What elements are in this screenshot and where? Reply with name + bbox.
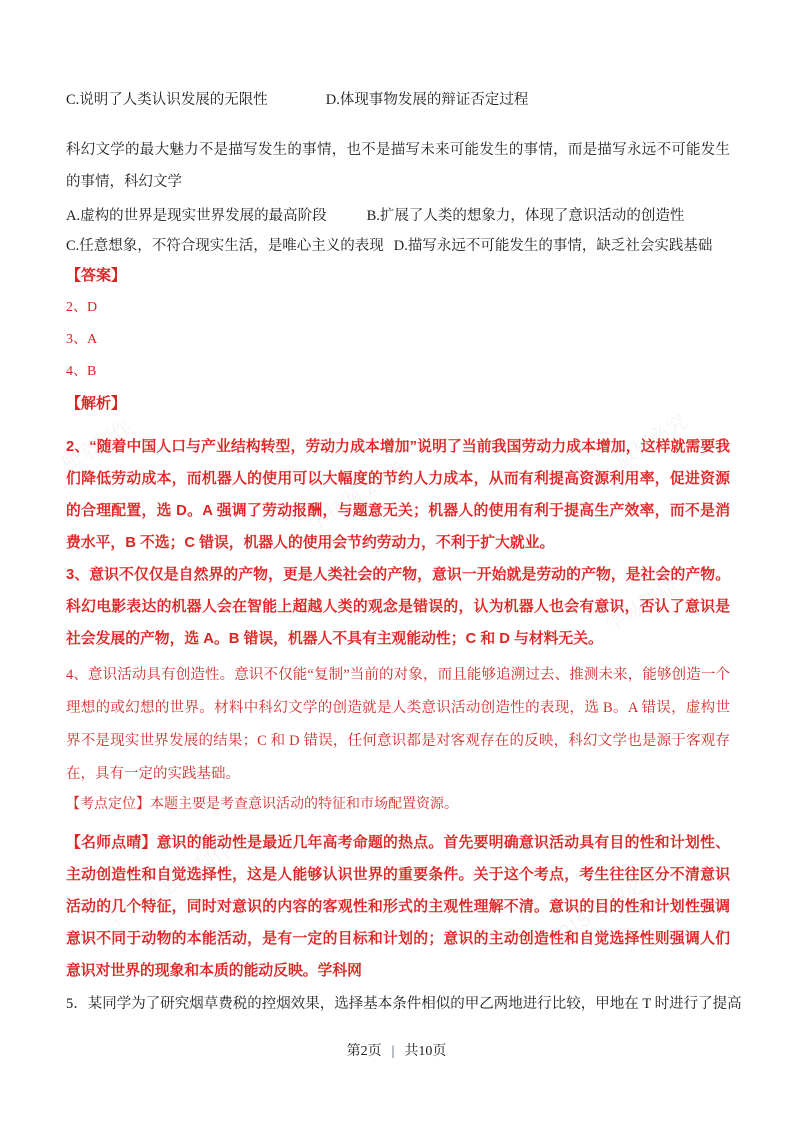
answer-header: 【答案】 [66,268,730,285]
question-stem: 科幻文学的最大魅力不是描写发生的事情，也不是描写未来可能发生的事情，而是描写永远… [66,134,730,198]
footer-total-pages: 共10页 [404,1044,446,1059]
answer-item: 3、A [66,332,730,347]
option-d: D.体现事物发展的辩证否定过程 [326,92,529,108]
exam-point-line: 【考点定位】本题主要是考查意识活动的特征和市场配置资源。 [66,797,730,813]
analysis-paragraph-q4: 4、意识活动具有创造性。意识不仅能“复制”当前的对象，而且能够追溯过去、推测未来… [66,659,730,791]
teacher-note-paragraph: 【名师点晴】意识的能动性是最近几年高考命题的热点。首先要明确意识活动具有目的性和… [66,827,730,987]
analysis-paragraph-q2: 2、“随着中国人口与产业结构转型，劳动力成本增加”说明了当前我国劳动力成本增加，… [66,431,730,559]
option-d: D.描写永远不可能发生的事情，缺乏社会实践基础 [394,238,713,254]
answer-item: 4、B [66,364,730,379]
footer-separator: | [382,1044,405,1059]
option-c: C.任意想象，不符合现实生活，是唯心主义的表现 [66,238,384,254]
page-footer: 第2页|共10页 [0,1040,793,1060]
question-options-ab: A.虚构的世界是现实世界发展的最高阶段B.扩展了人类的想象力，体现了意识活动的创… [66,208,730,224]
analysis-header: 【解析】 [66,396,730,413]
question-options-cd: C.任意想象，不符合现实生活，是唯心主义的表现D.描写永远不可能发生的事情，缺乏… [66,238,730,254]
footer-page-number: 第2页 [347,1044,382,1059]
document-page: 独家制作 学科网 2015 版权必究 学易精品 学科网 独家制作 2015 版权… [0,0,793,1122]
analysis-paragraph-q3: 3、意识不仅仅是自然界的产物，更是人类社会的产物，意识一开始就是劳动的产物，是社… [66,559,730,655]
question5-line: 5．某同学为了研究烟草费税的控烟效果，选择基本条件相似的甲乙两地进行比较，甲地在… [66,995,730,1013]
option-c: C.说明了人类认识发展的无限性 [66,92,268,108]
page-content: C.说明了人类认识发展的无限性D.体现事物发展的辩证否定过程 科幻文学的最大魅力… [66,92,730,1013]
option-a: A.虚构的世界是现实世界发展的最高阶段 [66,208,327,224]
prev-question-options-cd: C.说明了人类认识发展的无限性D.体现事物发展的辩证否定过程 [66,92,730,108]
answer-item: 2、D [66,300,730,315]
option-b: B.扩展了人类的想象力，体现了意识活动的创造性 [367,208,685,224]
